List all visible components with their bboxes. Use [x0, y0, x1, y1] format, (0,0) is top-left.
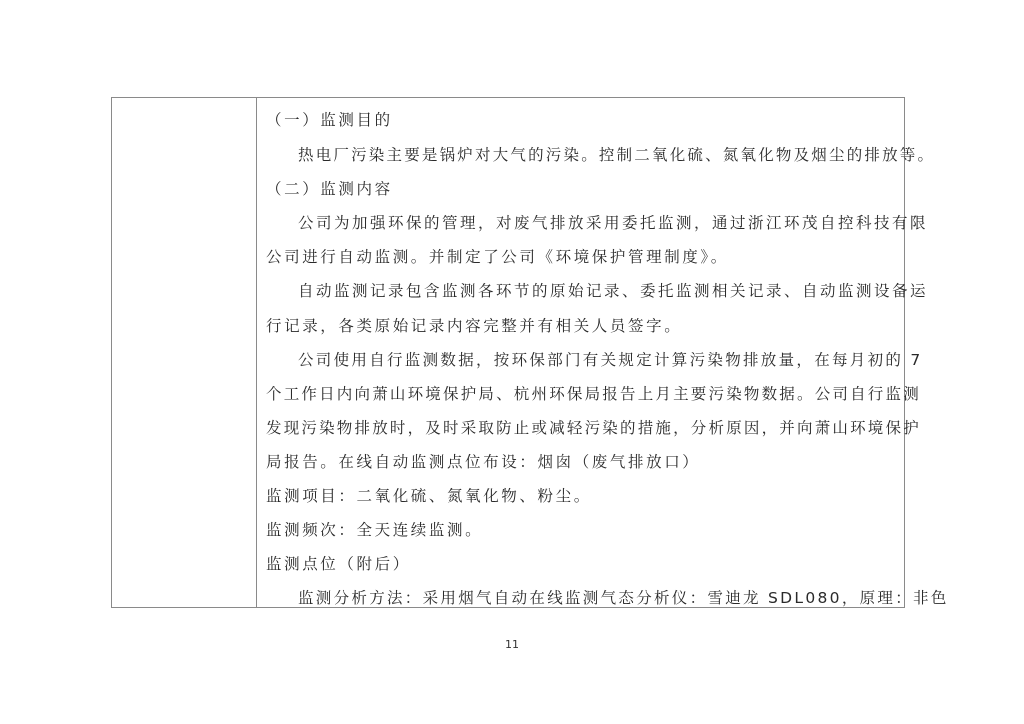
paragraph-line: 个工作日内向萧山环境保护局、杭州环保局报告上月主要污染物数据。公司自行监测: [266, 384, 921, 404]
paragraph-line: 公司进行自动监测。并制定了公司《环境保护管理制度》。: [266, 247, 729, 267]
content-table: （一）监测目的 热电厂污染主要是锅炉对大气的污染。控制二氧化硫、氮氧化物及烟尘的…: [111, 97, 905, 608]
paragraph-line: 发现污染物排放时，及时采取防止或减轻污染的措施，分析原因，并向萧山环境保护: [266, 418, 921, 438]
heading-monitoring-purpose: （一）监测目的: [266, 110, 393, 130]
heading-monitoring-content: （二）监测内容: [266, 179, 393, 199]
paragraph-line: 局报告。在线自动监测点位布设：烟囱（废气排放口）: [266, 452, 700, 472]
paragraph-line: 热电厂污染主要是锅炉对大气的污染。控制二氧化硫、氮氧化物及烟尘的排放等。: [298, 145, 935, 165]
page-number: 11: [0, 638, 1024, 651]
paragraph-line: 行记录，各类原始记录内容完整并有相关人员签字。: [266, 316, 682, 336]
monitoring-items: 监测项目：二氧化硫、氮氧化物、粉尘。: [266, 486, 592, 506]
paragraph-line: 公司为加强环保的管理，对废气排放采用委托监测，通过浙江环茂自控科技有限: [298, 213, 928, 233]
table-right-column: （一）监测目的 热电厂污染主要是锅炉对大气的污染。控制二氧化硫、氮氧化物及烟尘的…: [258, 98, 904, 607]
paragraph-line: 自动监测记录包含监测各环节的原始记录、委托监测相关记录、自动监测设备运: [298, 281, 928, 301]
monitoring-points: 监测点位（附后）: [266, 554, 411, 574]
monitoring-analysis-method: 监测分析方法：采用烟气自动在线监测气态分析仪：雪迪龙 SDL080，原理：非色: [298, 588, 949, 608]
monitoring-frequency: 监测频次：全天连续监测。: [266, 520, 483, 540]
table-left-column: [112, 98, 257, 607]
paragraph-line: 公司使用自行监测数据，按环保部门有关规定计算污染物排放量，在每月初的 7: [298, 350, 923, 370]
